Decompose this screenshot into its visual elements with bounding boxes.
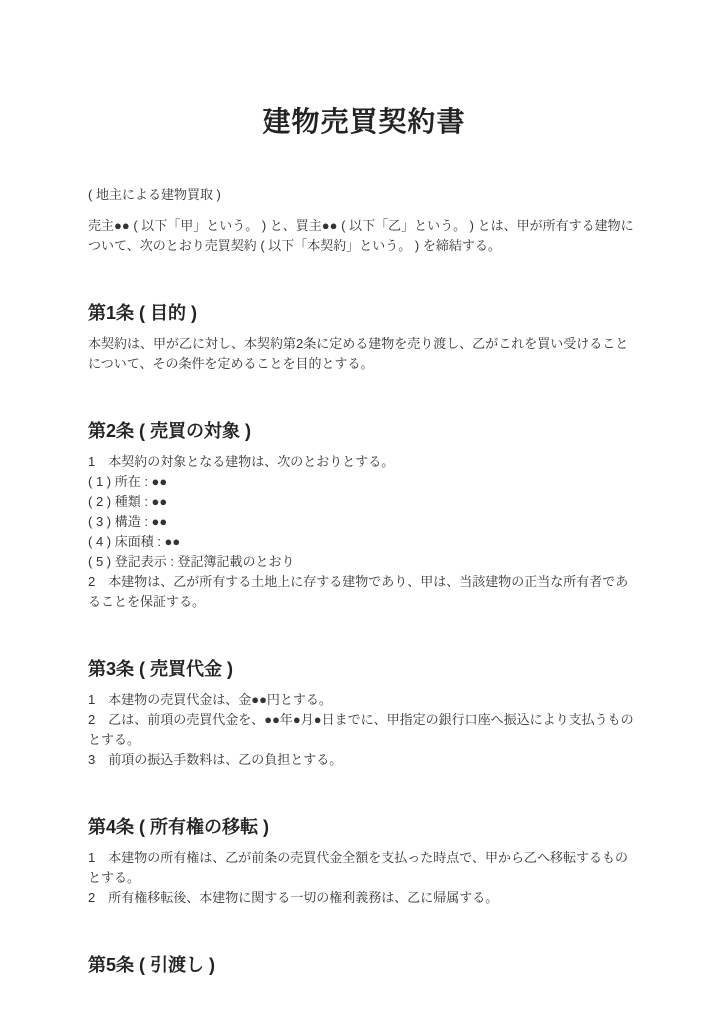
document-subtitle: ( 地主による建物買取 ) — [88, 185, 640, 205]
article-4-body: 1 本建物の所有権は、乙が前条の売買代金全額を支払った時点で、甲から乙へ移転する… — [88, 848, 640, 908]
article-5-delivery: 第5条 ( 引渡し ) — [88, 953, 640, 977]
article-3-clause-3: 3 前項の振込手数料は、乙の負担とする。 — [88, 750, 640, 770]
article-4-heading: 第4条 ( 所有権の移転 ) — [88, 815, 640, 839]
article-2-item-structure: ( 3 ) 構造 : ●● — [88, 512, 640, 532]
article-2-clause-1: 1 本契約の対象となる建物は、次のとおりとする。 — [88, 452, 640, 472]
article-3-purchase-price: 第3条 ( 売買代金 ) 1 本建物の売買代金は、金●●円とする。 2 乙は、前… — [88, 657, 640, 770]
article-1-purpose: 第1条 ( 目的 ) 本契約は、甲が乙に対し、本契約第2条に定める建物を売り渡し… — [88, 301, 640, 374]
article-1-heading: 第1条 ( 目的 ) — [88, 301, 640, 325]
article-1-body: 本契約は、甲が乙に対し、本契約第2条に定める建物を売り渡し、乙がこれを買い受ける… — [88, 334, 640, 374]
article-2-body: 1 本契約の対象となる建物は、次のとおりとする。 ( 1 ) 所在 : ●● (… — [88, 452, 640, 612]
article-2-heading: 第2条 ( 売買の対象 ) — [88, 419, 640, 443]
contract-document-page: 建物売買契約書 ( 地主による建物買取 ) 売主●● ( 以下「甲」という。 )… — [0, 0, 724, 1024]
intro-paragraph: 売主●● ( 以下「甲」という。 ) と、買主●● ( 以下「乙」という。 ) … — [88, 216, 640, 256]
article-4-clause-2: 2 所有権移転後、本建物に関する一切の権利義務は、乙に帰属する。 — [88, 888, 640, 908]
document-title: 建物売買契約書 — [88, 102, 640, 142]
article-3-clause-2: 2 乙は、前項の売買代金を、●●年●月●日までに、甲指定の銀行口座へ振込により支… — [88, 710, 640, 750]
article-4-transfer-of-ownership: 第4条 ( 所有権の移転 ) 1 本建物の所有権は、乙が前条の売買代金全額を支払… — [88, 815, 640, 908]
article-5-heading: 第5条 ( 引渡し ) — [88, 953, 640, 977]
article-2-item-floor-area: ( 4 ) 床面積 : ●● — [88, 532, 640, 552]
article-2-clause-2: 2 本建物は、乙が所有する土地上に存する建物であり、甲は、当該建物の正当な所有者… — [88, 572, 640, 612]
article-2-subject-of-sale: 第2条 ( 売買の対象 ) 1 本契約の対象となる建物は、次のとおりとする。 (… — [88, 419, 640, 612]
article-3-heading: 第3条 ( 売買代金 ) — [88, 657, 640, 681]
article-2-item-type: ( 2 ) 種類 : ●● — [88, 492, 640, 512]
article-4-clause-1: 1 本建物の所有権は、乙が前条の売買代金全額を支払った時点で、甲から乙へ移転する… — [88, 848, 640, 888]
article-3-clause-1: 1 本建物の売買代金は、金●●円とする。 — [88, 690, 640, 710]
article-2-item-location: ( 1 ) 所在 : ●● — [88, 472, 640, 492]
article-2-item-registry: ( 5 ) 登記表示 : 登記簿記載のとおり — [88, 552, 640, 572]
article-3-body: 1 本建物の売買代金は、金●●円とする。 2 乙は、前項の売買代金を、●●年●月… — [88, 690, 640, 770]
article-1-paragraph-1: 本契約は、甲が乙に対し、本契約第2条に定める建物を売り渡し、乙がこれを買い受ける… — [88, 334, 640, 374]
